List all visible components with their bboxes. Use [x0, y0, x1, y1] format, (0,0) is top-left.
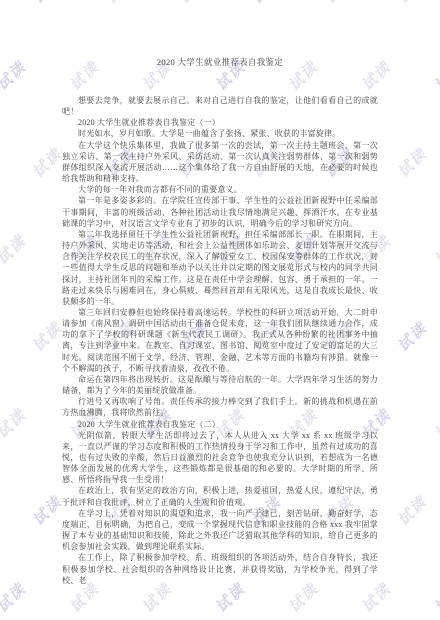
paragraph: 第一年是多姿多彩的。在学院任宣传部干事、学生性的公益社团新视野中任采编部干事期间…	[62, 195, 378, 228]
watermark-stamp: 试读	[0, 578, 30, 617]
document-title: 2020 大学生就业推荐表自我鉴定	[62, 57, 378, 68]
paragraph: 2020 大学生就业推荐表自我鉴定（二）	[62, 419, 378, 430]
watermark-stamp: 试读	[393, 143, 432, 182]
paragraph-container: 想要去竞争，就要去展示自己。来对自己进行自我的鉴定，让他们看看自己的成就吧！20…	[62, 95, 378, 586]
paragraph: 在政治上，我有坚定的政治方向，积极上进，热爱祖国，热爱人民，遵纪守法，勇于批评和…	[62, 485, 378, 507]
watermark-stamp: 试读	[247, 0, 286, 8]
watermark-stamp: 试读	[430, 404, 440, 443]
watermark-stamp: 试读	[320, 0, 359, 8]
watermark-stamp: 试读	[430, 56, 440, 95]
paragraph: 光阴似箭，转眼大学生活即将过去了，本人从进入 xx 大学 xx 系 xx 班级学…	[62, 430, 378, 486]
watermark-stamp: 试读	[0, 56, 30, 95]
watermark-stamp: 试读	[0, 404, 30, 443]
watermark-stamp: 试读	[393, 317, 432, 356]
paragraph: 时光如水，岁月如歌。大学是一曲蕴含了张扬、紧张、收获的丰富旋律。	[62, 128, 378, 139]
watermark-stamp: 试读	[101, 0, 140, 8]
document-page: 试读试读试读试读试读试读试读试读试读试读试读试读试读试读试读试读试读试读试读试读…	[0, 0, 440, 620]
document-content: 2020 大学生就业推荐表自我鉴定 想要去竞争，就要去展示自己。来对自己进行自我…	[62, 57, 378, 586]
paragraph: 在大学这个快乐集体里，我做了很多第一次的尝试，第一次主持主题班会、第一次独立采访…	[62, 140, 378, 185]
watermark-stamp: 试读	[393, 0, 432, 8]
watermark-stamp: 试读	[430, 230, 440, 269]
paragraph: 第三年回归安静但也始终保持着高速运转。学校性的科研立项活动开始，大二时申请参加《…	[62, 307, 378, 374]
watermark-stamp: 试读	[393, 491, 432, 530]
watermark-stamp: 试读	[28, 0, 67, 8]
paragraph: 命运在第四年将出现转折。这是酝酿与等待启航的一年。大学四年学习生活的努力储备，都…	[62, 374, 378, 396]
watermark-stamp: 试读	[430, 578, 440, 617]
watermark-stamp: 试读	[28, 317, 67, 356]
paragraph: 行进号又再吹响了号角。责任传承的接力棒交到了我们手上。新的挑战和机遇在前方热血沸…	[62, 396, 378, 418]
paragraph: 大学的每一年对我而言都有不同的重要意义。	[62, 184, 378, 195]
paragraph: 在学习上，凭着对知识的渴望和追求，我一向严于律己，刻苦钻研，勤奋好学，态度端正，…	[62, 508, 378, 553]
watermark-stamp: 试读	[174, 0, 213, 8]
watermark-stamp: 试读	[28, 143, 67, 182]
watermark-stamp: 试读	[0, 230, 30, 269]
paragraph: 第二年我选择留任于学生性公益社团新视野，担任采编部部长一职。在职期间，主持户外采…	[62, 229, 378, 307]
watermark-stamp: 试读	[28, 491, 67, 530]
paragraph: 2020 大学生就业推荐表自我鉴定（一）	[62, 117, 378, 128]
paragraph: 想要去竞争，就要去展示自己。来对自己进行自我的鉴定，让他们看看自己的成就吧！	[62, 95, 378, 117]
paragraph: 在工作上，除了积极参加学校、系、班级组织的各项活动外，结合自身特长，我还积极参加…	[62, 552, 378, 585]
